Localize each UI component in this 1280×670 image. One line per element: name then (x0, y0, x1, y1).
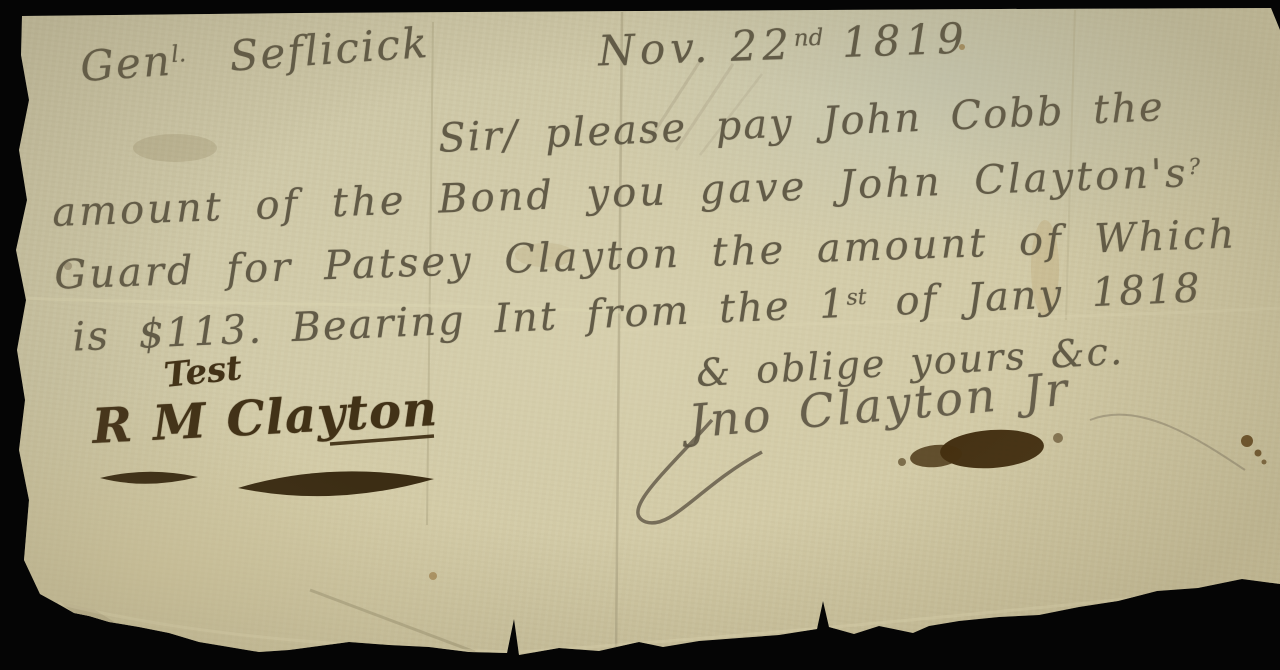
date-year: 1819 (841, 14, 970, 67)
bottom-left-fold-flap (60, 602, 145, 641)
ink-blot (939, 426, 1045, 471)
paper-speck-2 (429, 572, 437, 580)
letter-line-salutation: Sir/please pay John Cobb the (437, 84, 1165, 162)
signature-end-flourish (1090, 415, 1245, 470)
attestation-signature: R M Clayton (91, 381, 439, 455)
ink-speck-cluster-2 (1255, 450, 1262, 457)
signature-flourish-small (100, 472, 198, 484)
body-line-4-superscript: st (846, 285, 867, 311)
question-mark-annotation: ? (1188, 155, 1201, 180)
addressee-abbr: Gen (79, 36, 174, 91)
ink-speck-1 (898, 458, 906, 466)
ink-speck-cluster-1 (1241, 435, 1253, 447)
addressee-superscript: l. (170, 41, 187, 68)
body-line-4-suffix: of Jany 1818 (866, 265, 1203, 326)
addressee-name: Seflicick (228, 18, 431, 81)
body-line-1: please pay John Cobb the (544, 84, 1165, 157)
ink-speck-cluster-3 (1262, 460, 1267, 465)
ink-speck-2 (1053, 433, 1063, 443)
heading-date: Nov. 22nd 1819 (597, 14, 969, 76)
stain-top-left (133, 134, 217, 162)
torn-edge-highlight (58, 583, 1278, 652)
date-superscript: nd (793, 25, 824, 52)
signature-flourish-large (238, 471, 434, 496)
ink-blot-secondary (909, 442, 963, 469)
date-day: Nov. 22 (597, 20, 795, 76)
manuscript-paper: Genl. Seflicick Nov. 22nd 1819 Sir/pleas… (0, 0, 1280, 670)
attestation-label: Test (162, 348, 244, 396)
manuscript-scan: Genl. Seflicick Nov. 22nd 1819 Sir/pleas… (0, 0, 1280, 670)
heading-addressee: Genl. Seflicick (79, 18, 431, 91)
salutation: Sir/ (437, 112, 520, 161)
bottom-fold-crease (310, 590, 475, 652)
